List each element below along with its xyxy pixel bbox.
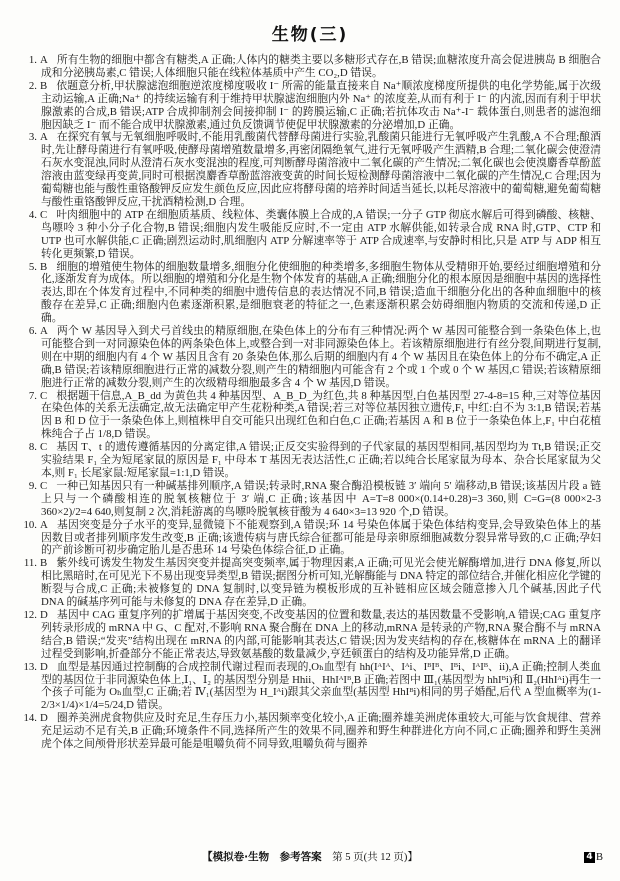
item-explanation: 基因 T、t 的遗传遵循基因的分离定律,A 错误;正反交实验得到的子代家鼠的基因… [41,441,601,479]
item-answer-letter: D [40,712,48,724]
item-number: 11. [21,557,37,570]
item-explanation: 在探究有氧与无氧细胞呼吸时,不能用乳酸菌代替酵母菌进行实验,乳酸菌只能进行无氧呼… [41,131,601,208]
item-explanation: 依题意分析,甲状腺滤泡细胞逆浓度梯度吸收 I⁻ 所需的能量直接来自 Na⁺顺浓度… [41,80,601,131]
answer-item-14: 14.D圈养美洲虎食物供应及时充足,生存压力小,基因频率变化较小,A 正确;圈养… [21,712,601,751]
item-answer-letter: C [40,480,47,492]
page-title: 生物(三) [0,0,620,54]
answers-list: 1.A所有生物的细胞中都含有糖类,A 正确;人体内的糖类主要以多糖形式存在,B … [0,54,620,751]
item-number: 14. [21,712,37,725]
item-number: 13. [21,661,37,674]
answer-item-1: 1.A所有生物的细胞中都含有糖类,A 正确;人体内的糖类主要以多糖形式存在,B … [21,54,601,80]
answer-item-9: 9.C一种已知基因只有一种碱基排列顺序,A 错误;转录时,RNA 聚合酶沿模板链… [21,480,601,519]
item-number: 7. [21,390,37,403]
item-number: 8. [21,441,37,454]
item-answer-letter: D [40,609,48,621]
item-explanation: 紫外线可诱发生物发生基因突变并提高突变频率,属于物理因素,A 正确;可见光会使光… [41,557,601,608]
item-number: 5. [21,261,37,274]
item-explanation: 基因中 CAG 重复序列的扩增属于基因突变,不改变基因的位置和数量,表达的基因数… [41,609,601,660]
item-answer-letter: A [40,54,48,66]
item-explanation: 血型是基因通过控制酶的合成控制代谢过程而表现的,Oₕ血型有 hh(IᴬIᴬ、Iᴬ… [41,661,601,712]
item-explanation: 两个 W 基因导入到犬弓首线虫的精原细胞,在染色体上的分布有三种情况:两个 W … [41,325,601,389]
answer-item-12: 12.D基因中 CAG 重复序列的扩增属于基因突变,不改变基因的位置和数量,表达… [21,609,601,661]
item-answer-letter: C [40,441,47,453]
item-number: 9. [21,480,37,493]
item-explanation: 叶肉细胞中的 ATP 在细胞质基质、线粒体、类囊体膜上合成的,A 错误;一分子 … [41,209,601,260]
answer-item-2: 2.B依题意分析,甲状腺滤泡细胞逆浓度梯度吸收 I⁻ 所需的能量直接来自 Na⁺… [21,80,601,132]
item-number: 2. [21,80,37,93]
footer-page-number: 第 5 页(共 12 页)】 [322,852,418,863]
footer-series-label: 【模拟卷·生物 参考答案 [202,851,322,863]
item-answer-letter: C [40,390,47,402]
answer-item-3: 3.A在探究有氧与无氧细胞呼吸时,不能用乳酸菌代替酵母菌进行实验,乳酸菌只能进行… [21,131,601,208]
item-number: 1. [21,54,37,67]
answer-item-13: 13.D血型是基因通过控制酶的合成控制代谢过程而表现的,Oₕ血型有 hh(IᴬI… [21,661,601,713]
answer-item-7: 7.C根据题干信息,A_B_dd 为黄色共 4 种基因型、A_B_D_为红色,共… [21,390,601,442]
answer-item-8: 8.C基因 T、t 的遗传遵循基因的分离定律,A 错误;正反交实验得到的子代家鼠… [21,441,601,480]
item-explanation: 细胞的增殖使生物体的细胞数量增多,细胞分化使细胞的种类增多,多细胞生物体从受精卵… [41,261,601,325]
edition-badge: 4 [584,852,595,863]
item-answer-letter: C [40,209,47,221]
item-answer-letter: D [40,661,48,673]
item-answer-letter: A [40,131,48,143]
item-number: 3. [21,131,37,144]
item-explanation: 一种已知基因只有一种碱基排列顺序,A 错误;转录时,RNA 聚合酶沿模板链 3′… [41,480,601,518]
answer-item-6: 6.A两个 W 基因导入到犬弓首线虫的精原细胞,在染色体上的分布有三种情况:两个… [21,325,601,390]
page-footer: 【模拟卷·生物 参考答案 第 5 页(共 12 页)】 4 B [0,851,620,864]
item-answer-letter: A [40,325,48,337]
item-number: 6. [21,325,37,338]
item-explanation: 基因突变是分子水平的变异,显微镜下不能观察到,A 错误;环 14 号染色体属于染… [41,519,601,557]
answer-item-10: 10.A基因突变是分子水平的变异,显微镜下不能观察到,A 错误;环 14 号染色… [21,519,601,558]
item-number: 4. [21,209,37,222]
footer-edition-mark: 4 B [584,851,603,864]
item-answer-letter: A [40,519,48,531]
edition-badge-suffix: B [596,851,603,864]
answer-key-page: 生物(三) 1.A所有生物的细胞中都含有糖类,A 正确;人体内的糖类主要以多糖形… [0,0,620,881]
item-answer-letter: B [40,80,47,92]
item-answer-letter: B [40,557,47,569]
item-answer-letter: B [40,261,47,273]
item-explanation: 圈养美洲虎食物供应及时充足,生存压力小,基因频率变化较小,A 正确;圈养雄美洲虎… [41,712,601,750]
item-explanation: 所有生物的细胞中都含有糖类,A 正确;人体内的糖类主要以多糖形式存在,B 错误;… [41,54,601,79]
item-number: 10. [21,519,37,532]
answer-item-5: 5.B细胞的增殖使生物体的细胞数量增多,细胞分化使细胞的种类增多,多细胞生物体从… [21,261,601,326]
item-explanation: 根据题干信息,A_B_dd 为黄色共 4 种基因型、A_B_D_为红色,共 8 … [41,390,601,441]
answer-item-4: 4.C叶肉细胞中的 ATP 在细胞质基质、线粒体、类囊体膜上合成的,A 错误;一… [21,209,601,261]
item-number: 12. [21,609,37,622]
answer-item-11: 11.B紫外线可诱发生物发生基因突变并提高突变频率,属于物理因素,A 正确;可见… [21,557,601,609]
